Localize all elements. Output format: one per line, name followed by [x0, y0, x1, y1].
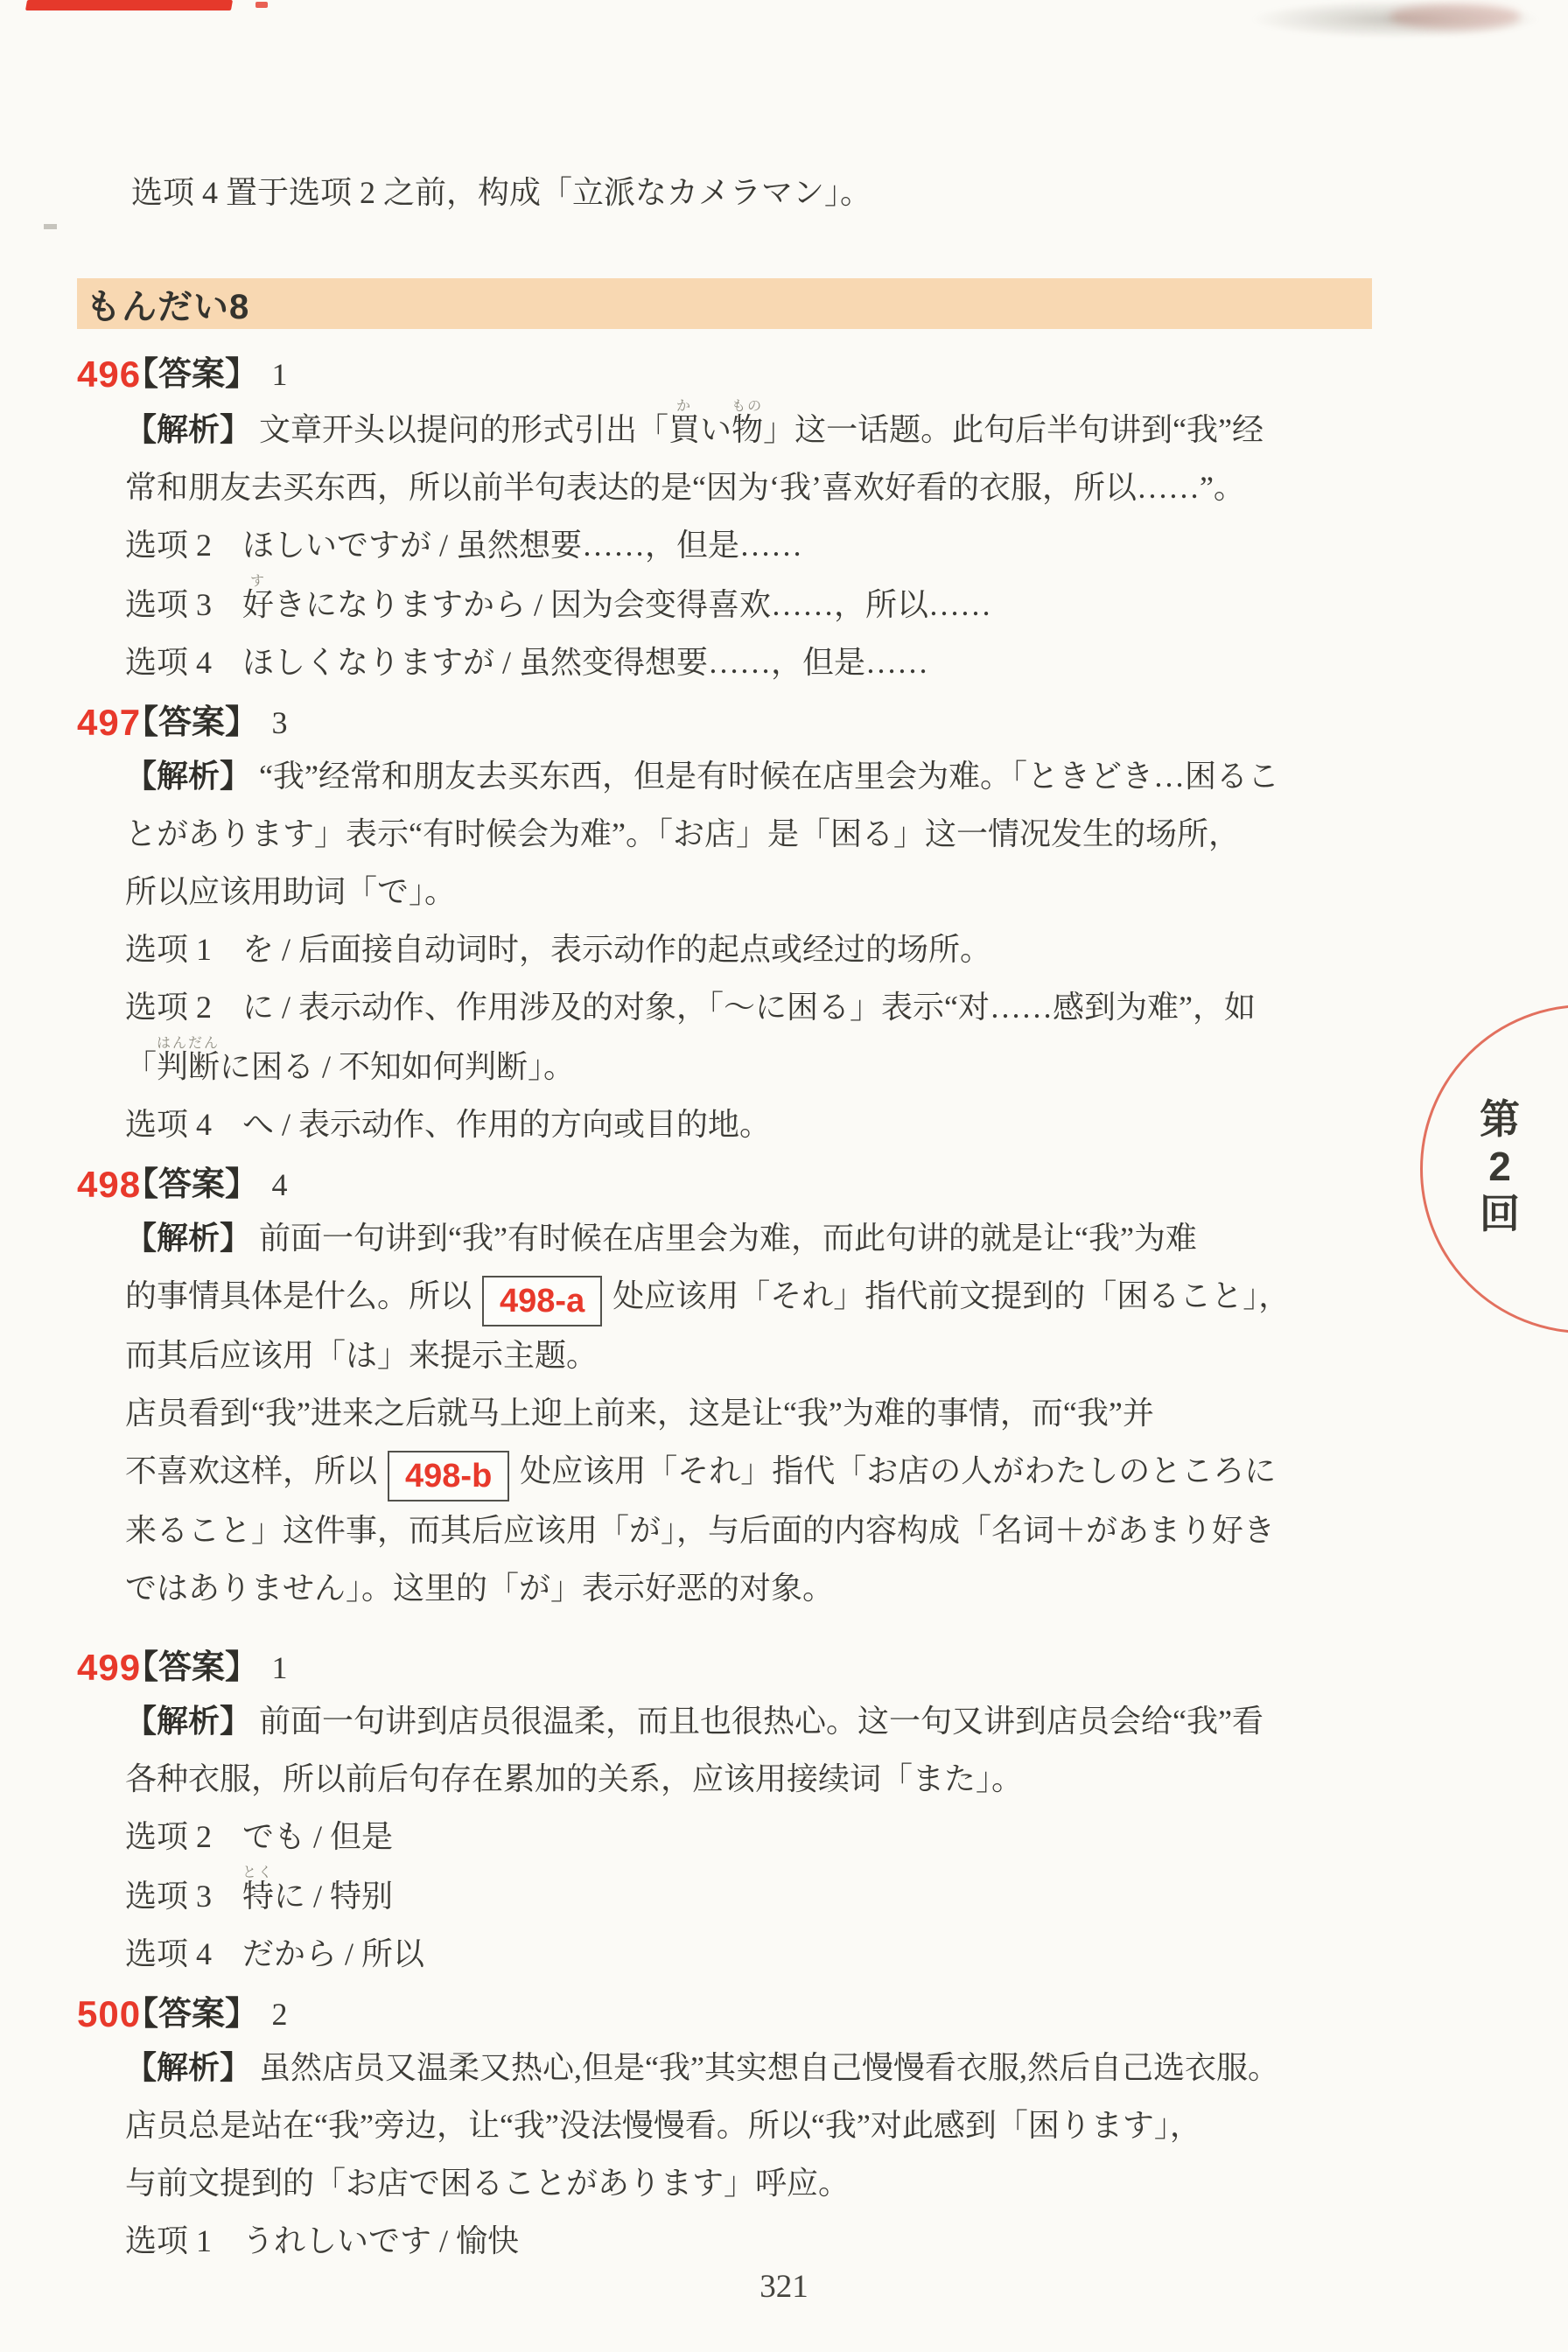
furigana-word: 好す: [242, 587, 274, 622]
question-number: 498: [77, 1165, 141, 1205]
option-label: 选项 3: [125, 1867, 218, 1925]
analysis-line: 【解析】 “我”经常和朋友去买东西，但是有时候在店里会为难。「ときどき…困るこ: [125, 747, 1438, 805]
question-head: 496 【答案】 1: [125, 350, 1438, 399]
question-head: 498 【答案】 4: [125, 1160, 1438, 1209]
question-head: 499 【答案】 1: [125, 1643, 1438, 1692]
round-tab-label: 第 2 回: [1473, 1095, 1526, 1237]
option-text: へ / 表示动作、作用的方向或目的地。: [242, 1107, 771, 1142]
analysis-text: 前面一句讲到“我”有时候在店里会为难，而此句讲的就是让“我”为难: [259, 1221, 1197, 1256]
question-number: 497: [77, 703, 141, 743]
option-line: 选项 4だから / 所以: [125, 1925, 1438, 1983]
option-line: 选项 1うれしいです / 愉快: [125, 2212, 1438, 2270]
answer-label: 【答案】: [125, 1166, 258, 1203]
scan-artifact-red-dot: [255, 2, 268, 8]
scan-artifact-smudge-red: [1389, 3, 1521, 30]
answer-label: 【答案】: [125, 1649, 258, 1686]
answer-value: 1: [267, 357, 288, 392]
question-499: 499 【答案】 1 【解析】 前面一句讲到店员很温柔，而且也很热心。这一句又讲…: [125, 1643, 1438, 1983]
analysis-line: 【解析】 前面一句讲到店员很温柔，而且也很热心。这一句又讲到店员会给“我”看: [125, 1692, 1438, 1750]
answer-value: 2: [267, 1997, 288, 2032]
furigana-base: 買: [668, 412, 700, 447]
analysis-text: い: [700, 412, 731, 447]
blank-box-498-b: 498-b: [388, 1451, 509, 1501]
furigana-base: 物: [731, 412, 763, 447]
option-line: 选项 4へ / 表示动作、作用的方向或目的地。: [125, 1095, 1438, 1153]
option-line: 选项 2でも / 但是: [125, 1808, 1438, 1865]
analysis-text: 前面一句讲到店员很温柔，而且也很热心。这一句又讲到店员会给“我”看: [259, 1704, 1263, 1739]
question-head: 500 【答案】 2: [125, 1990, 1438, 2039]
analysis-line: 而其后应该用「は」来提示主题。: [125, 1326, 1438, 1384]
answer-label: 【答案】: [125, 1996, 258, 2033]
analysis-text: 处应该用「それ」指代「お店の人がわたしのところに: [520, 1453, 1276, 1488]
analysis-text: 虽然店员又温柔又热心,但是“我”其实想自己慢慢看衣服,然后自己选衣服。: [259, 2050, 1279, 2085]
question-number: 500: [77, 1994, 141, 2034]
analysis-label: 【解析】: [125, 1220, 251, 1256]
furigana-word: 特とく: [242, 1879, 274, 1914]
analysis-label: 【解析】: [125, 411, 251, 447]
question-500: 500 【答案】 2 【解析】 虽然店员又温柔又热心,但是“我”其实想自己慢慢看…: [125, 1990, 1438, 2270]
analysis-line: 与前文提到的「お店で困ることがあります」呼应。: [125, 2154, 1438, 2212]
book-page: 选项 4 置于选项 2 之前，构成「立派なカメラマン」。 もんだい8 496 【…: [0, 0, 1568, 2352]
answer-value: 1: [267, 1650, 288, 1685]
option-line: 选项 4ほしくなりますが / 虽然变得想要……，但是……: [125, 633, 1438, 691]
answer-label: 【答案】: [125, 704, 258, 741]
analysis-line: 不喜欢这样，所以498-b处应该用「それ」指代「お店の人がわたしのところに: [125, 1442, 1438, 1501]
furigana-text: はんだん: [157, 1036, 220, 1051]
analysis-line: 店员总是站在“我”旁边，让“我”没法慢慢看。所以“我”对此感到「困ります」，: [125, 2096, 1438, 2154]
option-text: きになりますから / 因为会变得喜欢……，所以……: [274, 587, 991, 622]
analysis-line: 各种衣服，所以前后句存在累加的关系，应该用接续词「また」。: [125, 1750, 1438, 1808]
analysis-line: ではありません」。这里的「が」表示好恶的对象。: [125, 1559, 1438, 1617]
scan-artifact-red-strip: [25, 0, 233, 10]
scan-artifact-dash: [44, 224, 57, 229]
option-text: ほしくなりますが / 虽然变得想要……，但是……: [242, 645, 928, 680]
round-tab-char: 2: [1473, 1143, 1526, 1190]
furigana-base: 特: [242, 1879, 274, 1914]
analysis-text: 文章开头以提问的形式引出「: [259, 412, 668, 447]
option-text: 「: [125, 1049, 157, 1084]
analysis-line: 【解析】 虽然店员又温柔又热心,但是“我”其实想自己慢慢看衣服,然后自己选衣服。: [125, 2039, 1438, 2096]
analysis-line: 【解析】 前面一句讲到“我”有时候在店里会为难，而此句讲的就是让“我”为难: [125, 1209, 1438, 1267]
question-number: 496: [77, 354, 141, 395]
furigana-text: か: [668, 399, 700, 414]
option-line: 选项 3好すきになりますから / 因为会变得喜欢……，所以……: [125, 574, 1438, 633]
furigana-text: もの: [731, 399, 763, 414]
analysis-text: “我”经常和朋友去买东西，但是有时候在店里会为难。「ときどき…困るこ: [259, 759, 1279, 794]
intro-line: 选项 4 置于选项 2 之前，构成「立派なカメラマン」。: [131, 171, 1428, 213]
option-label: 选项 4: [125, 1095, 218, 1153]
option-label: 选项 2: [125, 1808, 218, 1865]
section-header-bar: もんだい8: [77, 278, 1372, 329]
option-label: 选项 4: [125, 633, 218, 691]
analysis-text: 不喜欢这样，所以: [125, 1453, 377, 1488]
analysis-line: 所以应该用助词「で」。: [125, 863, 1438, 920]
page-number: 321: [0, 2268, 1568, 2306]
furigana-base: 好: [242, 587, 274, 622]
analysis-line: 的事情具体是什么。所以498-a处应该用「それ」指代前文提到的「困ること」，: [125, 1267, 1438, 1326]
option-label: 选项 4: [125, 1925, 218, 1983]
option-continuation-line: 「判断はんだんに困る / 不知如何判断」。: [125, 1036, 1438, 1095]
furigana-text: とく: [242, 1865, 274, 1880]
analysis-label: 【解析】: [125, 758, 251, 794]
question-498: 498 【答案】 4 【解析】 前面一句讲到“我”有时候在店里会为难，而此句讲的…: [125, 1160, 1438, 1617]
analysis-label: 【解析】: [125, 2049, 251, 2085]
question-497: 497 【答案】 3 【解析】 “我”经常和朋友去买东西，但是有时候在店里会为难…: [125, 698, 1438, 1153]
option-text: に / 特别: [274, 1879, 393, 1914]
option-label: 选项 2: [125, 516, 218, 574]
question-number: 499: [77, 1648, 141, 1688]
analysis-line: 【解析】 文章开头以提问的形式引出「買かい物もの」这一话题。此句后半句讲到“我”…: [125, 399, 1438, 458]
furigana-word: 判断はんだん: [157, 1049, 220, 1084]
analysis-line: 来ること」这件事，而其后应该用「が」，与后面的内容构成「名词＋があまり好き: [125, 1501, 1438, 1559]
option-text: だから / 所以: [242, 1936, 424, 1971]
answer-value: 4: [267, 1167, 288, 1202]
option-line: 选项 1を / 后面接自动词时，表示动作的起点或经过的场所。: [125, 920, 1438, 978]
furigana-word: 買か: [668, 412, 700, 447]
option-label: 选项 2: [125, 978, 218, 1036]
section-header-label: もんだい8: [77, 279, 249, 329]
analysis-line: 店员看到“我”进来之后就马上迎上前来，这是让“我”为难的事情，而“我”并: [125, 1384, 1438, 1442]
option-text: に / 表示动作、作用涉及的对象，「～に困る」表示“对……感到为难”，如: [242, 990, 1256, 1025]
analysis-text: 处应该用「それ」指代前文提到的「困ること」，: [612, 1278, 1290, 1313]
furigana-word: 物もの: [731, 412, 763, 447]
option-line: 选项 2ほしいですが / 虽然想要……，但是……: [125, 516, 1438, 574]
round-tab-char: 第: [1473, 1095, 1526, 1143]
answer-value: 3: [267, 705, 288, 740]
furigana-text: す: [242, 574, 274, 589]
analysis-text: 的事情具体是什么。所以: [125, 1278, 472, 1313]
question-496: 496 【答案】 1 【解析】 文章开头以提问的形式引出「買かい物もの」这一话题…: [125, 350, 1438, 691]
analysis-line: とがあります」表示“有时候会为难”。「お店」是「困る」这一情况发生的场所，: [125, 805, 1438, 863]
answer-label: 【答案】: [125, 356, 258, 393]
analysis-text: 」这一话题。此句后半句讲到“我”经: [763, 412, 1263, 447]
furigana-base: 判断: [157, 1049, 220, 1084]
option-line: 选项 2に / 表示动作、作用涉及的对象，「～に困る」表示“对……感到为难”，如: [125, 978, 1438, 1036]
analysis-label: 【解析】: [125, 1703, 251, 1739]
blank-box-498-a: 498-a: [482, 1276, 602, 1326]
option-line: 选项 3特とくに / 特别: [125, 1865, 1438, 1925]
option-label: 选项 1: [125, 920, 218, 978]
option-text: うれしいです / 愉快: [242, 2223, 519, 2258]
option-text: でも / 但是: [242, 1819, 393, 1854]
round-tab-char: 回: [1473, 1190, 1526, 1237]
option-label: 选项 1: [125, 2212, 218, 2270]
option-label: 选项 3: [125, 576, 218, 633]
option-text: に困る / 不知如何判断」。: [220, 1049, 575, 1084]
question-head: 497 【答案】 3: [125, 698, 1438, 747]
option-text: を / 后面接自动词时，表示动作的起点或经过的场所。: [242, 932, 991, 967]
analysis-line: 常和朋友去买东西，所以前半句表达的是“因为‘我’喜欢好看的衣服，所以……”。: [125, 458, 1438, 516]
option-text: ほしいですが / 虽然想要……，但是……: [242, 528, 802, 563]
